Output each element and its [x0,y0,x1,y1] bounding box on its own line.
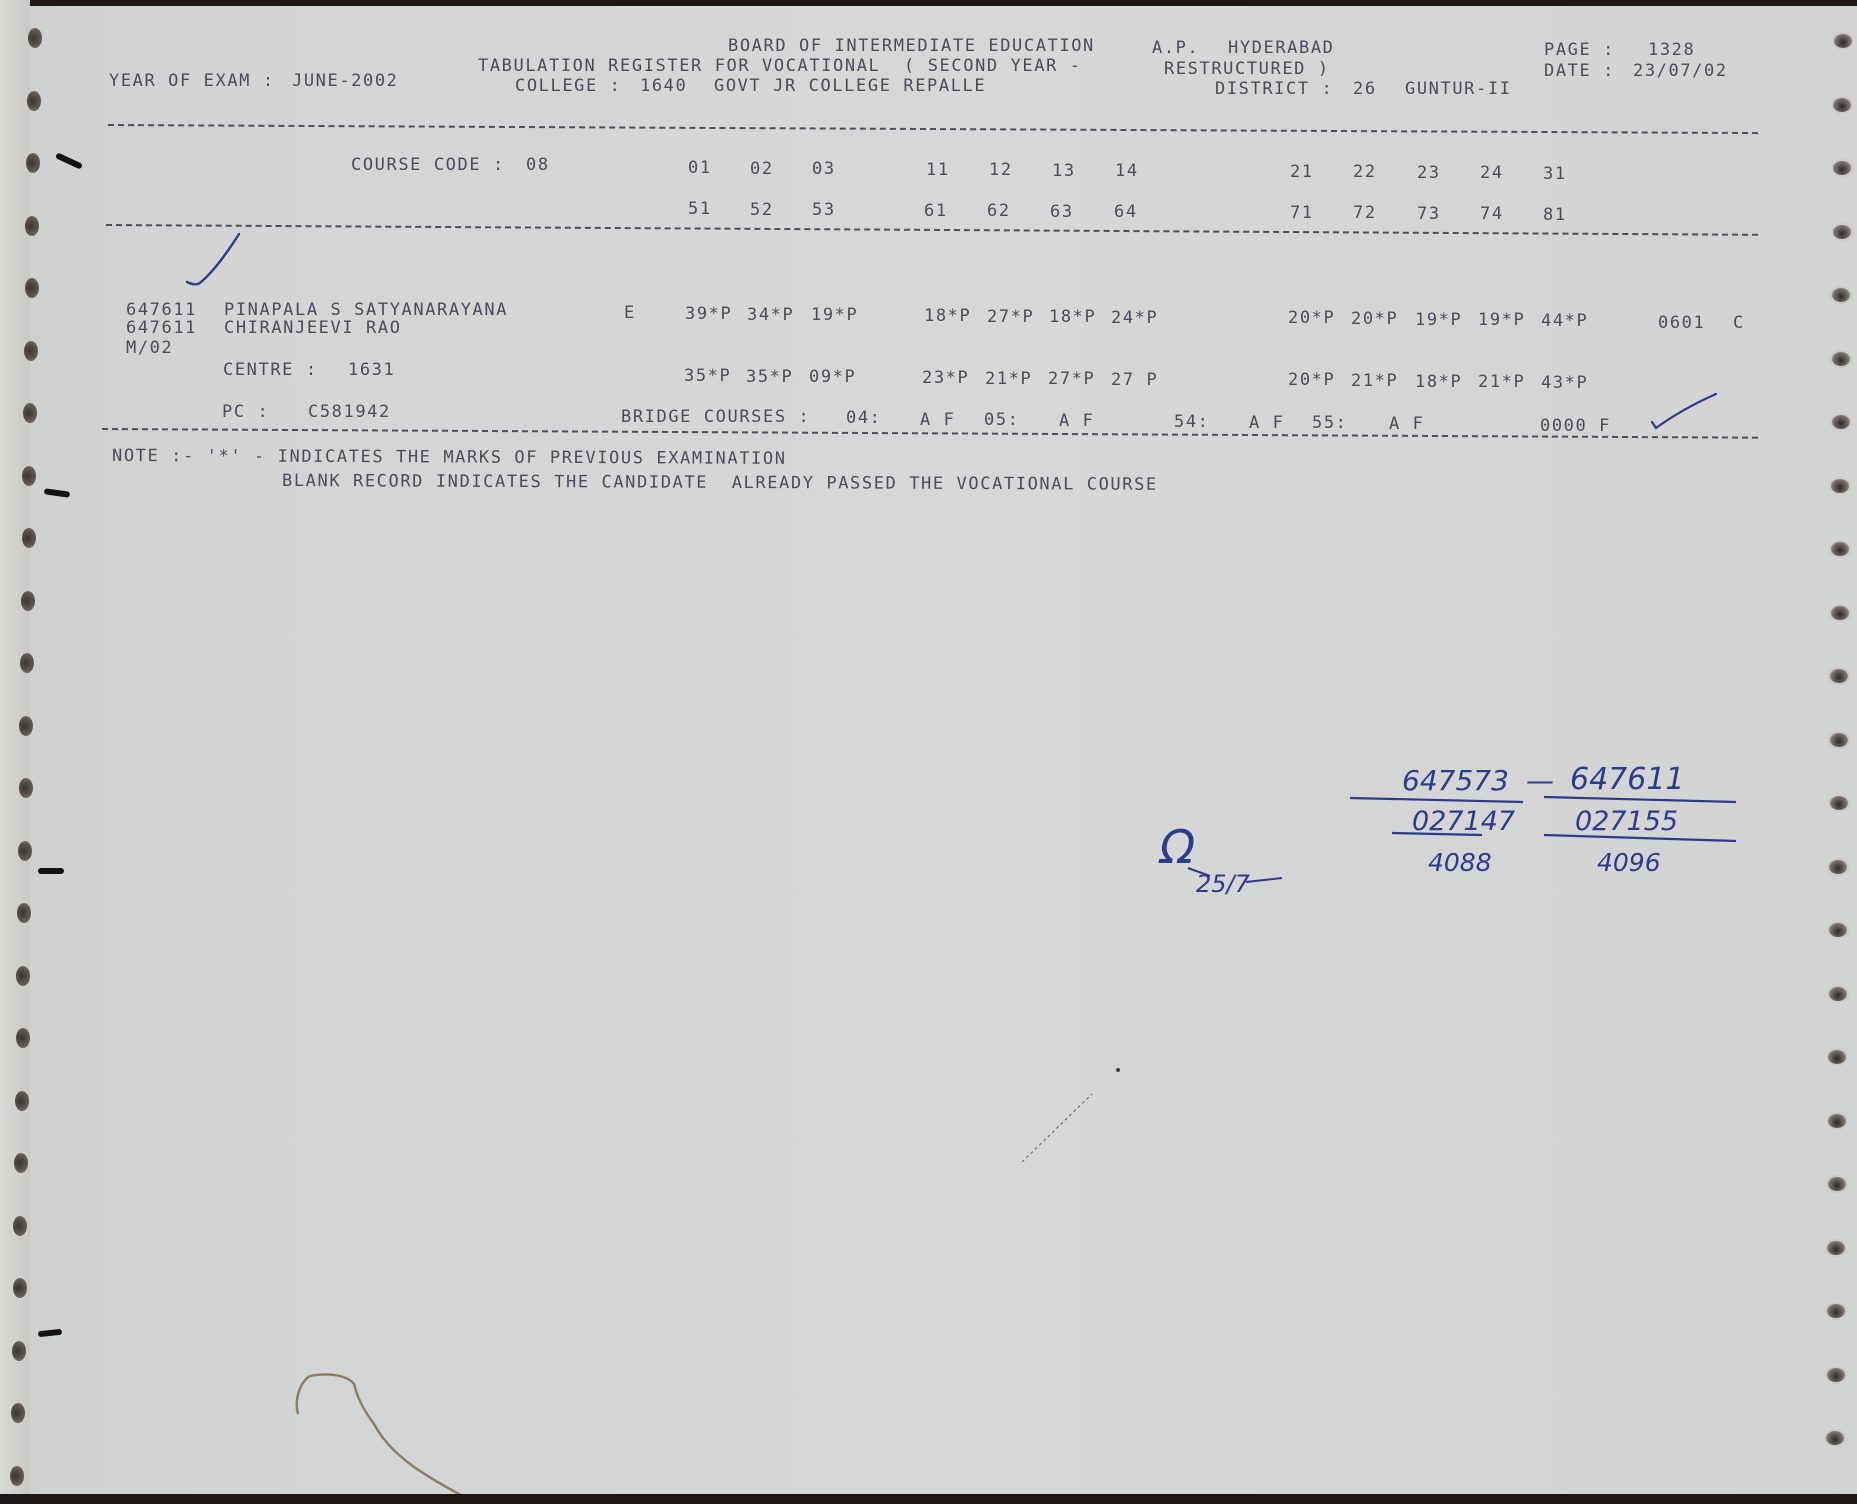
college-label: COLLEGE : [515,76,622,96]
subject-code-header: 53 [812,200,836,220]
sprocket-hole [27,91,41,111]
sprocket-hole [1830,733,1848,747]
bridge-05-result: A F [1059,411,1095,431]
page-label: PAGE : [1544,40,1615,60]
binding-pin [38,868,64,874]
subject-code-header: 62 [987,201,1011,221]
subject-code-header: 22 [1353,162,1377,182]
sprocket-hole [25,278,39,298]
sprocket-hole [24,341,38,361]
date-label: DATE : [1544,61,1615,81]
date-value: 23/07/02 [1633,61,1728,81]
centre-label: CENTRE : [223,360,318,380]
thread-fiber [290,1370,490,1504]
subject-mark: 24*P [1111,308,1158,328]
subject-mark: 23*P [922,368,969,388]
sprocket-hole [1828,1177,1846,1191]
subject-code-header: 13 [1052,161,1076,181]
bridge-55-result: A F [1389,414,1425,434]
subject-mark: 20*P [1288,370,1335,390]
subject-code-header: 02 [750,159,774,179]
bridge-54-code: 54: [1174,412,1210,432]
subject-code-header: 23 [1417,163,1441,183]
subject-mark: 09*P [809,367,856,387]
subject-mark: 20*P [1288,308,1335,328]
subject-code-header: 21 [1290,162,1314,182]
year-label: YEAR OF EXAM : [109,71,275,91]
sprocket-hole [22,528,36,548]
sprocket-hole [1829,987,1847,1001]
sprocket-hole [16,1028,30,1048]
tick-mark-icon [185,232,245,288]
bridge-54-result: A F [1249,413,1285,433]
district-label: DISTRICT : [1215,79,1333,99]
city-label: HYDERABAD [1228,38,1335,58]
handwritten-range-end: 647611 [1570,762,1685,797]
sprocket-hole [1831,606,1849,620]
subject-code-header: 74 [1480,204,1504,224]
hall-ticket-number: 647611 [126,300,197,320]
subject-mark: 18*P [1415,372,1462,392]
signature-stroke [1186,862,1286,892]
course-code-label: COURSE CODE : [351,155,505,175]
sprocket-hole [1831,479,1849,493]
sprocket-hole [10,1466,24,1486]
subject-code-header: 71 [1290,203,1314,223]
sprocket-hole [13,1216,27,1236]
sprocket-hole [1830,796,1848,810]
subject-mark: 39*P [685,304,732,324]
board-title: BOARD OF INTERMEDIATE EDUCATION [728,36,1095,56]
subject-code-header: 81 [1543,205,1567,225]
subject-mark: 18*P [1049,307,1096,327]
handwritten-range-start: 647573 [1402,764,1509,797]
subject-mark: 44*P [1541,311,1588,331]
bridge-04-result: A F [920,410,956,430]
subject-mark: 18*P [924,306,971,326]
sprocket-hole [12,1341,26,1361]
note-line-1: NOTE :- '*' - INDICATES THE MARKS OF PRE… [112,446,787,469]
candidate-name: PINAPALA S SATYANARAYANA [224,300,508,320]
college-code: 1640 [640,76,687,96]
handwritten-count-right: 4096 [1597,848,1661,877]
sprocket-hole [21,591,35,611]
subject-mark: 34*P [747,305,794,325]
subject-mark: 27 P [1111,370,1158,390]
sprocket-hole [18,841,32,861]
sprocket-hole [1827,1304,1845,1318]
subject-mark: 21*P [985,369,1032,389]
subject-code-header: 01 [688,158,712,178]
tick-mark-icon [1648,392,1718,432]
note-line-2: BLANK RECORD INDICATES THE CANDIDATE ALR… [282,471,1158,495]
subject-code-header: 14 [1115,161,1139,181]
pc-label: PC : [222,402,269,422]
register-suffix: RESTRUCTURED ) [1164,59,1330,79]
sprocket-hole [1833,225,1851,239]
subject-mark: 19*P [1415,310,1462,330]
sprocket-hole [1834,34,1852,48]
subject-mark: 27*P [1048,369,1095,389]
sprocket-hole [25,216,39,236]
sprocket-hole [1832,415,1850,429]
handwritten-range-sep: — [1526,764,1554,797]
subject-code-header: 03 [812,159,836,179]
father-name: CHIRANJEEVI RAO [224,318,402,338]
sprocket-hole [1833,98,1851,112]
result-class: C [1733,313,1745,333]
sprocket-hole [1832,352,1850,366]
bridge-05-code: 05: [984,410,1020,430]
medium-code: E [624,303,636,323]
sprocket-hole [1827,1241,1845,1255]
sprocket-hole [1833,161,1851,175]
subject-mark: 19*P [1478,310,1525,330]
pencil-stray-mark [1020,1066,1140,1166]
sprocket-hole [22,466,36,486]
subject-mark: 21*P [1478,372,1525,392]
subject-code-header: 12 [989,160,1013,180]
subject-mark: 20*P [1351,309,1398,329]
college-name: GOVT JR COLLEGE REPALLE [714,76,986,96]
sprocket-hole [1827,1368,1845,1382]
bridge-total: 0000 F [1540,416,1611,436]
subject-code-header: 63 [1050,202,1074,222]
sprocket-hole [1829,923,1847,937]
year-value: JUNE-2002 [292,71,399,91]
subject-code-header: 72 [1353,203,1377,223]
sprocket-hole [13,1278,27,1298]
subject-code-header: 61 [924,201,948,221]
sprocket-hole [19,778,33,798]
sprocket-hole [15,1091,29,1111]
sprocket-hole [28,28,42,48]
subject-code-header: 31 [1543,164,1567,184]
sprocket-hole [1831,542,1849,556]
subject-code-header: 51 [688,199,712,219]
page-number: 1328 [1648,40,1695,60]
register-title: TABULATION REGISTER FOR VOCATIONAL ( SEC… [478,56,1082,76]
course-code-value: 08 [526,155,550,175]
subject-mark: 43*P [1541,373,1588,393]
centre-value: 1631 [348,360,395,380]
subject-code-header: 52 [750,200,774,220]
subject-code-header: 73 [1417,204,1441,224]
pc-value: C581942 [308,402,391,422]
sprocket-hole [1828,1114,1846,1128]
sprocket-hole [19,716,33,736]
total-marks: 0601 [1658,313,1705,333]
district-name: GUNTUR-II [1405,79,1512,99]
subject-mark: 35*P [684,366,731,386]
district-code: 26 [1353,79,1377,99]
state-label: A.P. [1152,38,1199,58]
subject-code-header: 24 [1480,163,1504,183]
reg-number: 647611 [126,318,197,338]
sprocket-hole [1829,860,1847,874]
subject-mark: 19*P [811,305,858,325]
bridge-04-code: 04: [846,408,882,428]
subject-mark: 27*P [987,307,1034,327]
subject-mark: 21*P [1351,371,1398,391]
handwritten-underlines [1348,795,1738,845]
bridge-55-code: 55: [1312,413,1348,433]
subject-code-header: 11 [926,160,950,180]
bridge-courses-label: BRIDGE COURSES : [621,407,810,427]
subject-mark: 35*P [746,367,793,387]
candidate-category: M/02 [126,338,173,358]
background-bottom [0,1494,1857,1504]
sprocket-hole [16,966,30,986]
subject-code-header: 64 [1114,202,1138,222]
handwritten-count-left: 4088 [1428,848,1492,877]
